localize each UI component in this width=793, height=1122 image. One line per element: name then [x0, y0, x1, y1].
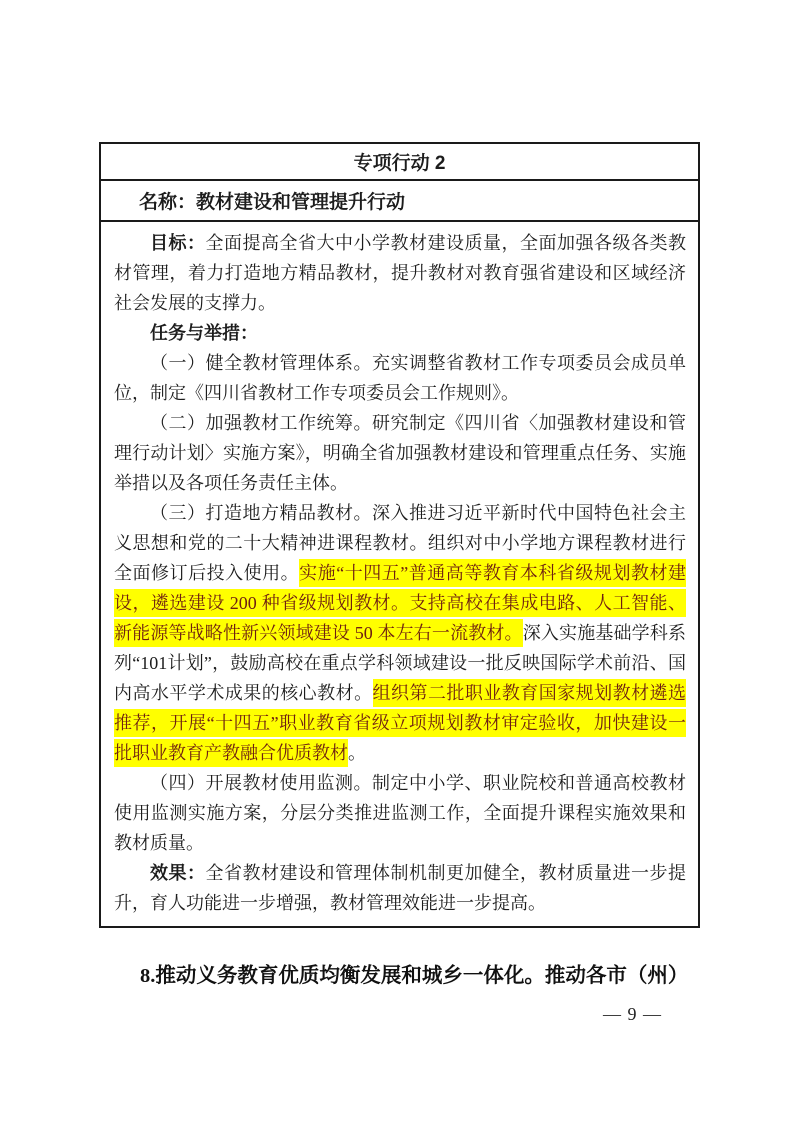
task-item-3-post: 。 [348, 743, 366, 763]
effect-paragraph: 效果：全省教材建设和管理体制机制更加健全，教材质量进一步提升，育人功能进一步增强… [114, 858, 686, 918]
goal-label: 目标： [150, 233, 206, 253]
table-header-row: 专项行动 2 [101, 144, 698, 181]
tasks-label-line: 任务与举措： [114, 318, 686, 348]
document-body-paragraph: 8.推动义务教育优质均衡发展和城乡一体化。推动各市（州） [99, 959, 700, 993]
table-title: 专项行动 2 [354, 148, 446, 175]
special-action-table: 专项行动 2 名称：教材建设和管理提升行动 目标：全面提高全省大中小学教材建设质… [99, 142, 700, 928]
task-item-3: （三）打造地方精品教材。深入推进习近平新时代中国特色社会主义思想和党的二十大精神… [114, 498, 686, 768]
tasks-label: 任务与举措： [150, 323, 258, 343]
effect-label: 效果： [150, 863, 206, 883]
goal-paragraph: 目标：全面提高全省大中小学教材建设质量，全面加强各级各类教材管理，着力打造地方精… [114, 228, 686, 318]
task-item-2: （二）加强教材工作统筹。研究制定《四川省〈加强教材建设和管理行动计划〉实施方案》… [114, 408, 686, 498]
page-number: — 9 — [603, 1004, 662, 1025]
table-content-cell: 目标：全面提高全省大中小学教材建设质量，全面加强各级各类教材管理，着力打造地方精… [101, 222, 698, 924]
action-name: 名称：教材建设和管理提升行动 [139, 187, 405, 214]
table-name-row: 名称：教材建设和管理提升行动 [101, 181, 698, 222]
task-item-1: （一）健全教材管理体系。充实调整省教材工作专项委员会成员单位，制定《四川省教材工… [114, 348, 686, 408]
task-item-4: （四）开展教材使用监测。制定中小学、职业院校和普通高校教材使用监测实施方案，分层… [114, 768, 686, 858]
